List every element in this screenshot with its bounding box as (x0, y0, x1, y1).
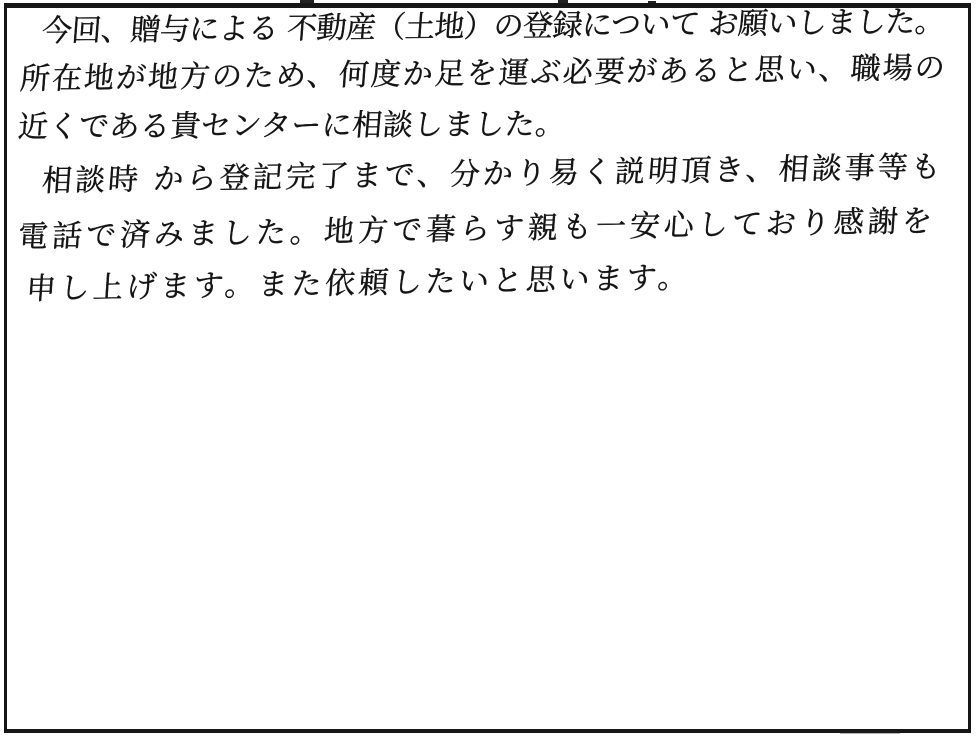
handwritten-line-1: 今回、贈与による 不動産（土地）の登録について お願いしました。 (41, 5, 946, 50)
scan-artifact (300, 0, 314, 3)
handwritten-line-2: 所在地が地方のため、何度か足を運ぶ必要があると思い、職場の (19, 51, 948, 98)
handwritten-line-3: 近くである貴センターに相談しました。 (17, 107, 568, 146)
scan-artifact (648, 1, 656, 3)
handwritten-line-6: 申し上げます。また依頼したいと思います。 (25, 260, 693, 308)
scanned-testimonial-page: 今回、贈与による 不動産（土地）の登録について お願いしました。 所在地が地方の… (0, 0, 980, 739)
scan-artifact (558, 0, 568, 3)
handwritten-line-5: 電話で済みました。地方で暮らす親も一安心しており感謝を (17, 204, 937, 256)
handwritten-line-4: 相談時 から登記完了まで、分かり易く説明頂き、相談事等も (41, 150, 945, 200)
scan-artifact (840, 731, 900, 734)
